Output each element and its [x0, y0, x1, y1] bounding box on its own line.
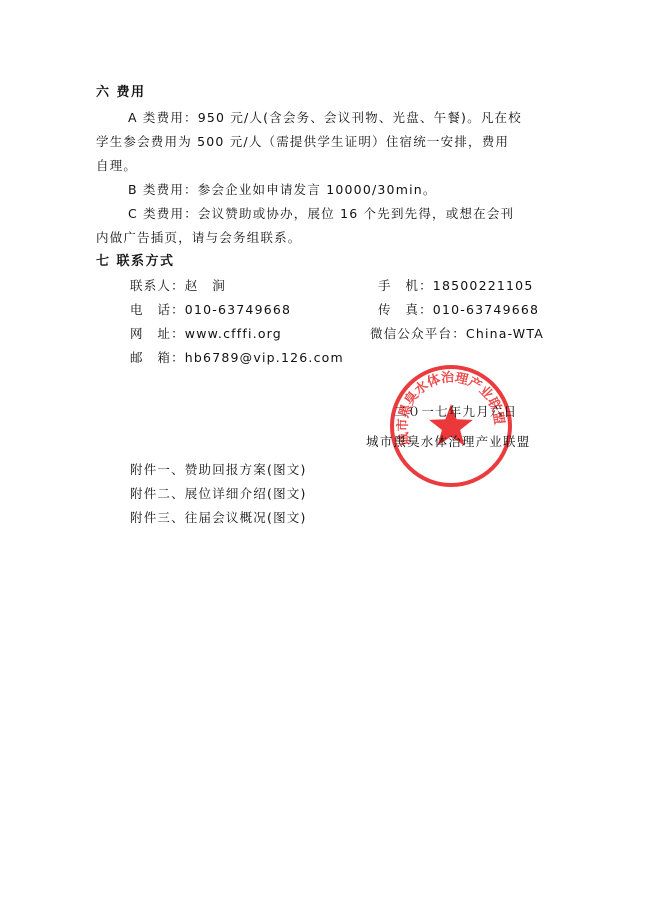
- section-heading-fees: 六 费用: [96, 85, 146, 101]
- fee-c-line-2: 内做广告插页，请与会务组联系。: [96, 230, 302, 246]
- signature-date: 二０一七年九月六日: [394, 404, 517, 420]
- fee-a-line-1: A 类费用：950 元/人(含会务、会议刊物、光盘、午餐)。凡在校: [128, 110, 522, 126]
- attachment-1: 附件一、赞助回报方案(图文): [130, 462, 307, 478]
- fee-c-line-1: C 类费用：会议赞助或协办，展位 16 个先到先得，或想在会刊: [128, 206, 514, 222]
- contact-person: 联系人：赵 涧: [130, 278, 226, 294]
- contact-fax: 传 真：010-63749668: [378, 302, 539, 318]
- section-heading-contact: 七 联系方式: [96, 254, 175, 270]
- official-seal: 城市黑臭水体治理产业联盟: [389, 364, 513, 488]
- contact-phone: 电 话：010-63749668: [130, 302, 291, 318]
- attachment-2: 附件二、展位详细介绍(图文): [130, 486, 307, 502]
- contact-wechat: 微信公众平台：China-WTA: [370, 326, 544, 342]
- fee-b-line: B 类费用：参会企业如申请发言 10000/30min。: [128, 182, 437, 198]
- attachment-3: 附件三、往届会议概况(图文): [130, 510, 307, 526]
- seal-icon: 城市黑臭水体治理产业联盟: [389, 364, 513, 488]
- signature-organization: 城市黑臭水体治理产业联盟: [366, 434, 530, 450]
- fee-a-line-3: 自理。: [96, 158, 137, 174]
- fee-a-line-2: 学生参会费用为 500 元/人（需提供学生证明）住宿统一安排，费用: [96, 134, 509, 150]
- contact-website: 网 址：www.cfffi.org: [130, 326, 282, 342]
- contact-email: 邮 箱：hb6789@vip.126.com: [130, 350, 344, 366]
- contact-mobile: 手 机：18500221105: [378, 278, 533, 294]
